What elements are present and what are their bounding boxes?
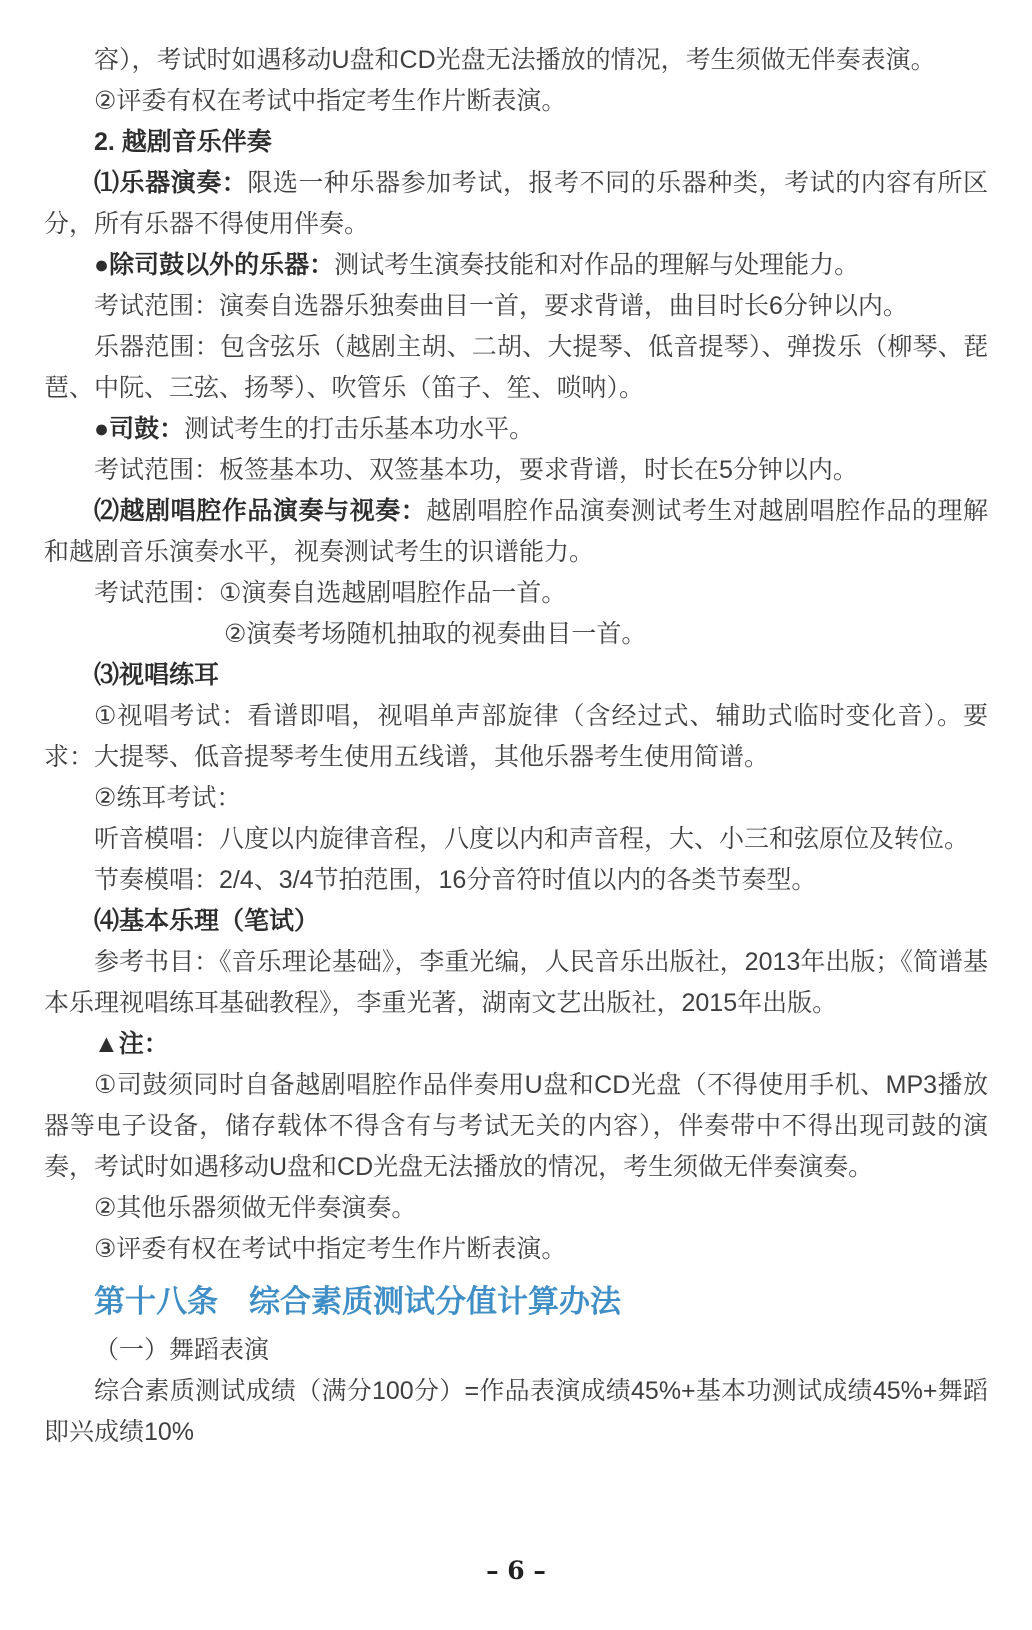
- paragraph: 乐器范围：包含弦乐（越剧主胡、二胡、大提琴、低音提琴）、弹拨乐（柳琴、琵琶、中阮…: [44, 327, 988, 409]
- paragraph: 第十八条 综合素质测试分值计算办法: [44, 1276, 988, 1328]
- paragraph: 考试范围：演奏自选器乐独奏曲目一首，要求背谱，曲目时长6分钟以内。: [44, 286, 988, 327]
- paragraph-text: ⑶视唱练耳: [94, 661, 219, 689]
- paragraph: ●司鼓：测试考生的打击乐基本功水平。: [44, 409, 988, 450]
- paragraph-text: ②练耳考试：: [94, 784, 241, 812]
- paragraph: ①司鼓须同时自备越剧唱腔作品伴奏用U盘和CD光盘（不得使用手机、MP3播放器等电…: [44, 1065, 988, 1188]
- paragraph: 听音模唱：八度以内旋律音程，八度以内和声音程，大、小三和弦原位及转位。: [44, 819, 988, 860]
- paragraph-text: ②评委有权在考试中指定考生作片断表演。: [94, 87, 566, 115]
- page-number: – 6 –: [0, 1556, 1032, 1585]
- paragraph: ▲注：: [44, 1024, 988, 1065]
- paragraph-text: 考试范围：①演奏自选越剧唱腔作品一首。: [94, 579, 566, 607]
- paragraph: 综合素质测试成绩（满分100分）=作品表演成绩45%+基本功测试成绩45%+舞蹈…: [44, 1371, 988, 1453]
- paragraph-text: 容），考试时如遇移动U盘和CD光盘无法播放的情况，考生须做无伴奏表演。: [94, 46, 936, 74]
- paragraph-text: 考试范围：板签基本功、双签基本功，要求背谱，时长在5分钟以内。: [94, 456, 858, 484]
- paragraph: 容），考试时如遇移动U盘和CD光盘无法播放的情况，考生须做无伴奏表演。: [44, 40, 988, 81]
- paragraph: ●除司鼓以外的乐器：测试考生演奏技能和对作品的理解与处理能力。: [44, 245, 988, 286]
- paragraph-text: 测试考生的打击乐基本功水平。: [184, 415, 534, 443]
- paragraph-text: 考试范围：演奏自选器乐独奏曲目一首，要求背谱，曲目时长6分钟以内。: [94, 292, 908, 320]
- paragraph-text: ③评委有权在考试中指定考生作片断表演。: [94, 1235, 566, 1263]
- paragraph: 考试范围：板签基本功、双签基本功，要求背谱，时长在5分钟以内。: [44, 450, 988, 491]
- paragraph-text: 测试考生演奏技能和对作品的理解与处理能力。: [334, 251, 859, 279]
- paragraph: （一）舞蹈表演: [44, 1330, 988, 1371]
- paragraph-text: 参考书目：《音乐理论基础》，李重光编，人民音乐出版社，2013年出版；《简谱基本…: [44, 948, 988, 1017]
- paragraph-text: 综合素质测试成绩（满分100分）=作品表演成绩45%+基本功测试成绩45%+舞蹈…: [44, 1377, 988, 1446]
- paragraph-text: 听音模唱：八度以内旋律音程，八度以内和声音程，大、小三和弦原位及转位。: [94, 825, 969, 853]
- paragraph: ①视唱考试：看谱即唱，视唱单声部旋律（含经过式、辅助式临时变化音）。要求：大提琴…: [44, 696, 988, 778]
- paragraph: ③评委有权在考试中指定考生作片断表演。: [44, 1229, 988, 1270]
- paragraph: ②练耳考试：: [44, 778, 988, 819]
- document-content: 容），考试时如遇移动U盘和CD光盘无法播放的情况，考生须做无伴奏表演。 ②评委有…: [44, 40, 988, 1453]
- paragraph: ⑶视唱练耳: [44, 655, 988, 696]
- paragraph-text: ①视唱考试：看谱即唱，视唱单声部旋律（含经过式、辅助式临时变化音）。要求：大提琴…: [44, 702, 988, 771]
- paragraph: 2. 越剧音乐伴奏: [44, 122, 988, 163]
- paragraph-text: ①司鼓须同时自备越剧唱腔作品伴奏用U盘和CD光盘（不得使用手机、MP3播放器等电…: [44, 1071, 988, 1181]
- paragraph: ⑵越剧唱腔作品演奏与视奏：越剧唱腔作品演奏测试考生对越剧唱腔作品的理解和越剧音乐…: [44, 491, 988, 573]
- paragraph-lead: ⑴乐器演奏：: [94, 169, 247, 197]
- paragraph: ②其他乐器须做无伴奏演奏。: [44, 1188, 988, 1229]
- paragraph: ⑴乐器演奏：限选一种乐器参加考试，报考不同的乐器种类，考试的内容有所区分，所有乐…: [44, 163, 988, 245]
- document-page: 容），考试时如遇移动U盘和CD光盘无法播放的情况，考生须做无伴奏表演。 ②评委有…: [0, 0, 1032, 1630]
- paragraph-text: ⑷基本乐理（笔试）: [94, 907, 319, 935]
- paragraph: ②演奏考场随机抽取的视奏曲目一首。: [44, 614, 988, 655]
- paragraph: 节奏模唱：2/4、3/4节拍范围，16分音符时值以内的各类节奏型。: [44, 860, 988, 901]
- paragraph-text: ▲注：: [94, 1030, 169, 1058]
- paragraph-text: 第十八条 综合素质测试分值计算办法: [94, 1284, 621, 1319]
- paragraph: ⑷基本乐理（笔试）: [44, 901, 988, 942]
- paragraph-text: ②其他乐器须做无伴奏演奏。: [94, 1194, 416, 1222]
- paragraph-text: ②演奏考场随机抽取的视奏曲目一首。: [224, 620, 646, 648]
- paragraph-text: 2. 越剧音乐伴奏: [94, 128, 272, 156]
- paragraph-lead: ●司鼓：: [94, 415, 184, 443]
- paragraph: 考试范围：①演奏自选越剧唱腔作品一首。: [44, 573, 988, 614]
- paragraph-lead: ⑵越剧唱腔作品演奏与视奏：: [94, 497, 426, 525]
- paragraph-text: 节奏模唱：2/4、3/4节拍范围，16分音符时值以内的各类节奏型。: [94, 866, 816, 894]
- paragraph: ②评委有权在考试中指定考生作片断表演。: [44, 81, 988, 122]
- paragraph: 参考书目：《音乐理论基础》，李重光编，人民音乐出版社，2013年出版；《简谱基本…: [44, 942, 988, 1024]
- paragraph-text: （一）舞蹈表演: [94, 1336, 269, 1364]
- paragraph-lead: ●除司鼓以外的乐器：: [94, 251, 334, 279]
- paragraph-text: 乐器范围：包含弦乐（越剧主胡、二胡、大提琴、低音提琴）、弹拨乐（柳琴、琵琶、中阮…: [44, 333, 988, 402]
